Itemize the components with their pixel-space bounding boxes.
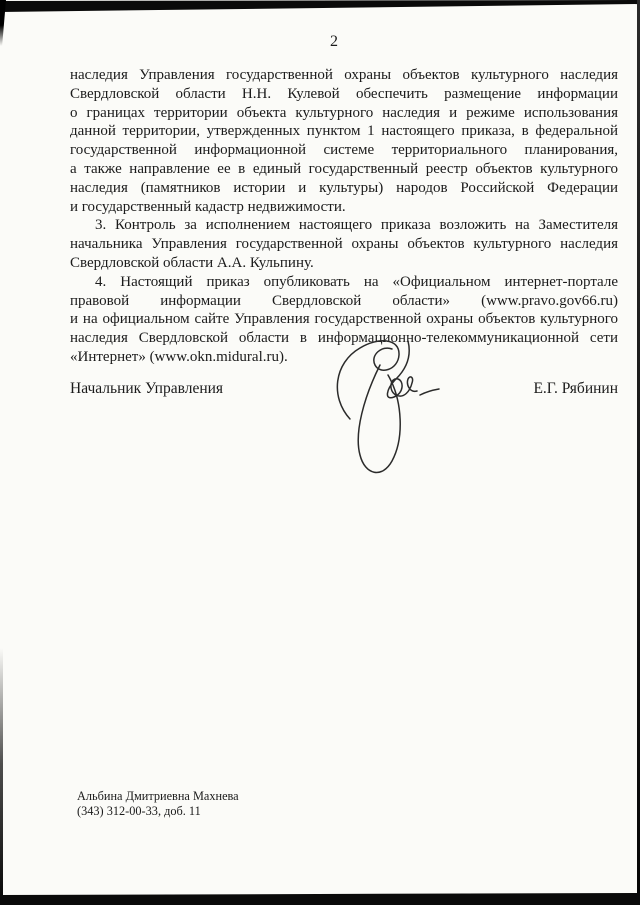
text-line: наследия (памятников истории и культуры)… <box>70 179 618 198</box>
scanned-document-page: 2 наследия Управления государственной ох… <box>0 0 640 905</box>
scan-edge-top <box>0 0 640 12</box>
footer-contact: Альбина Дмитриевна Махнева (343) 312-00-… <box>77 789 239 820</box>
text-line: 4. Настоящий приказ опубликовать на «Офи… <box>70 273 618 292</box>
text-line: наследия Управления государственной охра… <box>70 66 618 85</box>
paragraph: 3. Контроль за исполнением настоящего пр… <box>70 216 618 272</box>
text-line: Свердловской области Н.Н. Кулевой обеспе… <box>70 85 618 104</box>
text-line: а также направление ее в единый государс… <box>70 160 618 179</box>
scan-edge-bottom <box>0 892 640 905</box>
text-line: правовой информации Свердловской области… <box>70 292 618 311</box>
text-line: Свердловской области А.А. Кульпину. <box>70 254 618 273</box>
scan-edge-left-top <box>0 0 6 46</box>
handwritten-signature-icon <box>320 335 448 485</box>
scan-edge-left-bottom <box>0 648 3 905</box>
document-body: наследия Управления государственной охра… <box>70 66 618 367</box>
contact-name: Альбина Дмитриевна Махнева <box>77 789 239 804</box>
text-line: и государственный кадастр недвижимости. <box>70 198 618 217</box>
contact-phone: (343) 312-00-33, доб. 11 <box>77 804 239 819</box>
page-number: 2 <box>322 33 346 51</box>
text-line: 3. Контроль за исполнением настоящего пр… <box>70 216 618 235</box>
text-line: данной территории, утвержденных пунктом … <box>70 122 618 141</box>
text-line: начальника Управления государственной ох… <box>70 235 618 254</box>
paragraph: наследия Управления государственной охра… <box>70 66 618 216</box>
text-line: и на официальном сайте Управления госуда… <box>70 310 618 329</box>
text-line: о границах территории объекта культурног… <box>70 104 618 123</box>
text-line: государственной информационной системе т… <box>70 141 618 160</box>
signer-name: Е.Г. Рябинин <box>533 379 618 398</box>
signer-position-label: Начальник Управления <box>70 379 223 398</box>
